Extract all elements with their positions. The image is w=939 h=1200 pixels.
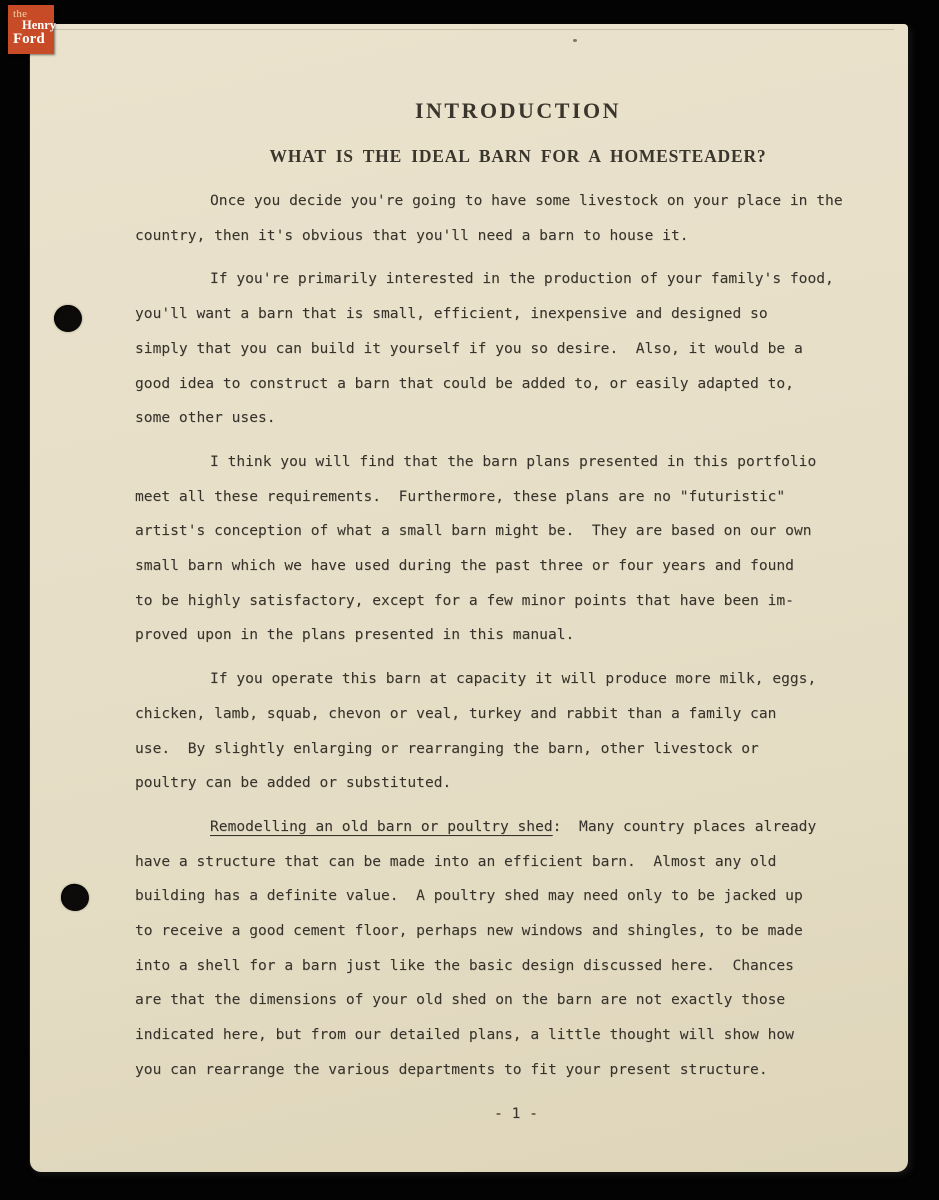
paragraph-lead-underlined: Remodelling an old barn or poultry shed — [210, 818, 553, 835]
paper-speck — [573, 39, 577, 42]
paragraph: I think you will find that the barn plan… — [135, 445, 877, 653]
paragraph: If you're primarily interested in the pr… — [135, 262, 877, 436]
hole-punch-top — [54, 305, 82, 332]
typed-body: Once you decide you're going to have som… — [135, 184, 877, 1131]
title-block: INTRODUCTION WHAT IS THE IDEAL BARN FOR … — [138, 98, 898, 167]
paragraph-text: : Many country places already have a str… — [135, 818, 816, 1078]
paragraph: Remodelling an old barn or poultry shed:… — [135, 810, 877, 1088]
paragraph-text: I think you will find that the barn plan… — [135, 453, 816, 644]
paragraph-text: If you're primarily interested in the pr… — [135, 270, 834, 426]
scan-background: { "logo": { "prefix": "the", "word1": "H… — [0, 0, 939, 1200]
hole-punch-bottom — [59, 882, 90, 913]
henry-ford-logo: the Henry Ford — [8, 5, 54, 54]
logo-ford: Ford — [13, 31, 45, 48]
page-subtitle: WHAT IS THE IDEAL BARN FOR A HOMESTEADER… — [138, 146, 898, 167]
paragraph-text: If you operate this barn at capacity it … — [135, 670, 816, 791]
document-page: INTRODUCTION WHAT IS THE IDEAL BARN FOR … — [30, 24, 908, 1172]
paragraph: If you operate this barn at capacity it … — [135, 662, 877, 801]
paragraph: Once you decide you're going to have som… — [135, 184, 877, 253]
page-title: INTRODUCTION — [138, 98, 898, 124]
page-number: - 1 - — [145, 1097, 887, 1132]
paragraph-text: Once you decide you're going to have som… — [135, 192, 843, 244]
